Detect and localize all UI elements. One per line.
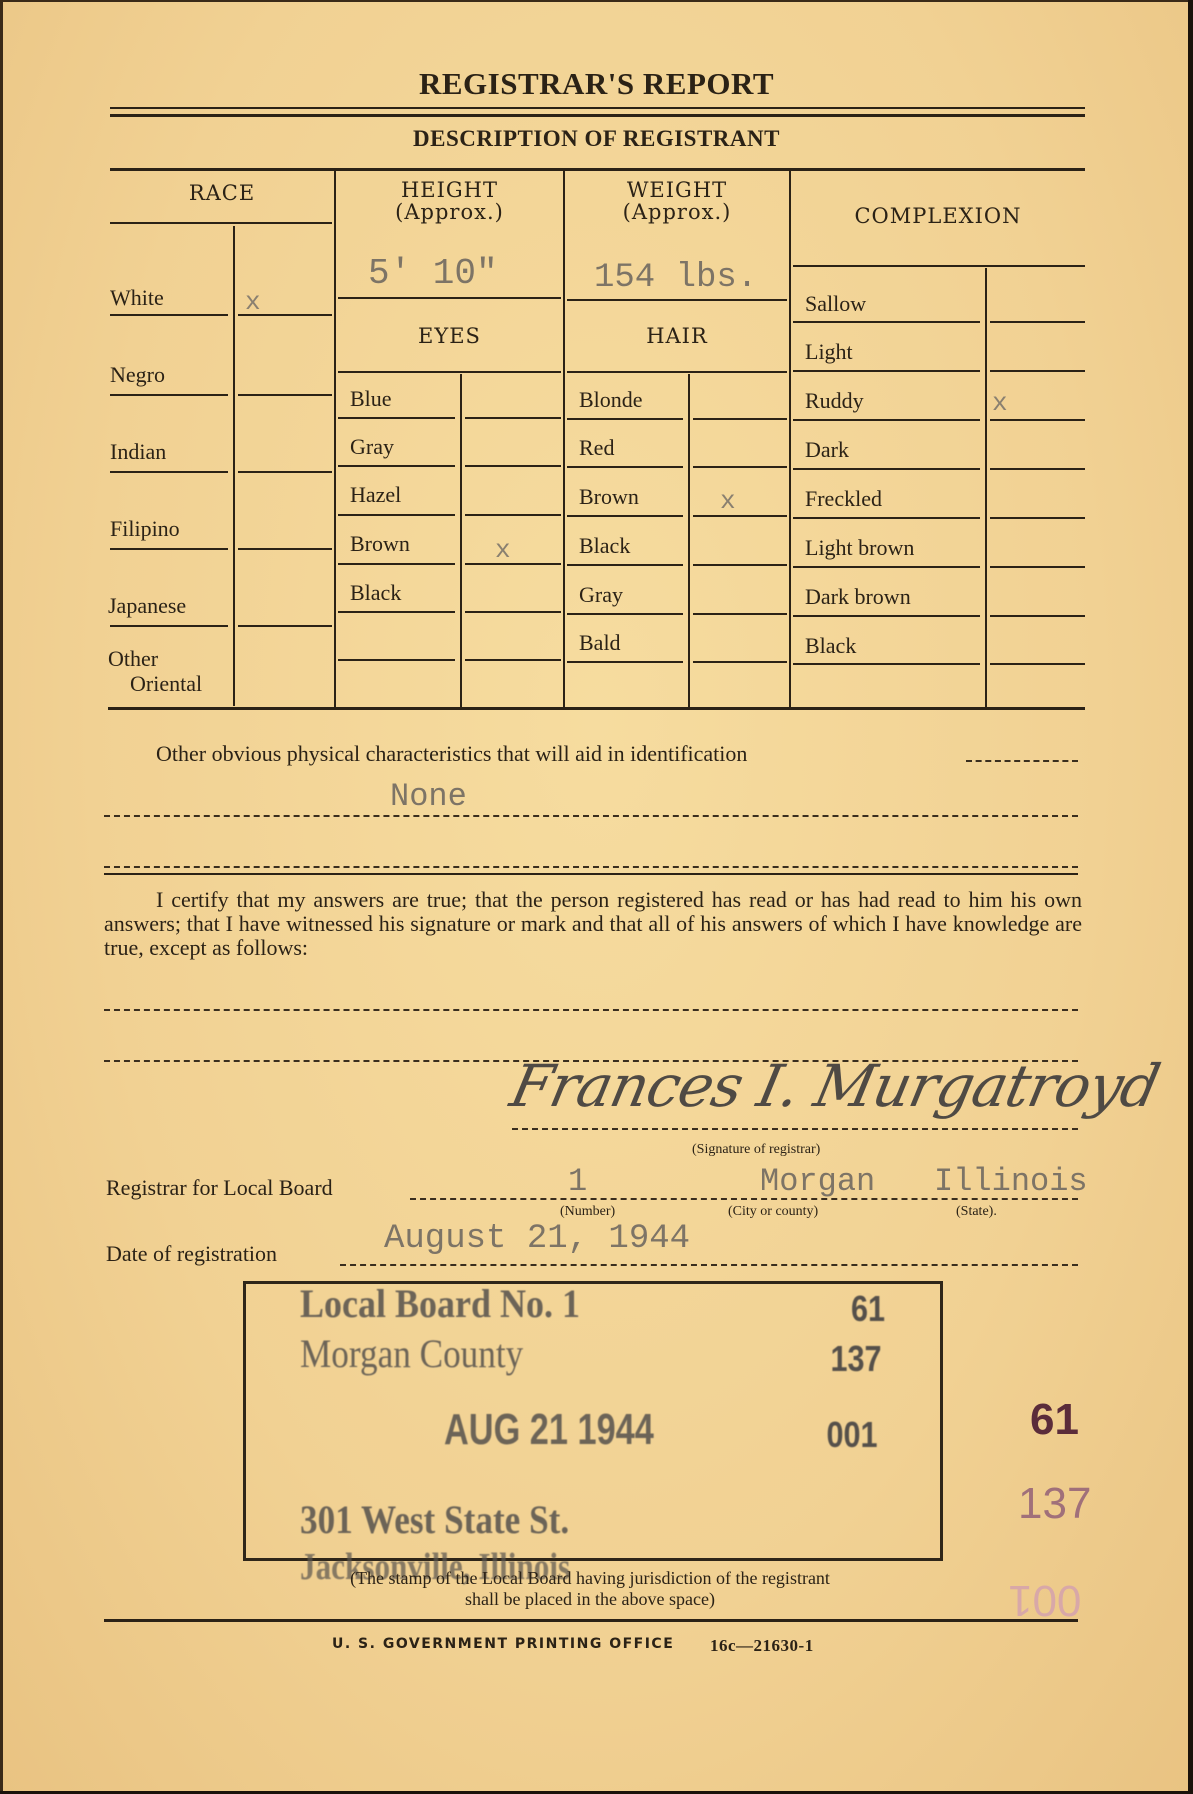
race-mark-rule bbox=[238, 625, 332, 627]
stamp-instruction-line2: shall be placed in the above space) bbox=[200, 1589, 980, 1610]
complexion-freckled-label: Freckled bbox=[805, 488, 882, 510]
eyes-row-rule bbox=[338, 514, 455, 516]
eyes-header-rule bbox=[338, 371, 561, 373]
table-bottom-rule bbox=[108, 707, 1085, 710]
characteristics-dash-1 bbox=[966, 760, 1078, 762]
title-rule-top bbox=[110, 107, 1085, 109]
weight-header-title: WEIGHT bbox=[565, 179, 789, 201]
complexion-sallow-label: Sallow bbox=[805, 293, 866, 315]
footer-rule bbox=[104, 1619, 1078, 1622]
local-board-state-caption: (State). bbox=[956, 1204, 997, 1220]
race-mark-rule bbox=[238, 471, 332, 473]
registration-date-line bbox=[340, 1264, 1078, 1266]
local-board-number[interactable]: 1 bbox=[568, 1166, 587, 1198]
height-header: HEIGHT (Approx.) bbox=[336, 179, 563, 223]
hair-mark-rule bbox=[693, 661, 787, 663]
complexion-mark-rule bbox=[990, 419, 1085, 421]
height-header-sub: (Approx.) bbox=[336, 201, 563, 223]
hair-gray-label: Gray bbox=[579, 584, 623, 606]
race-header: RACE bbox=[110, 182, 334, 204]
height-rule bbox=[338, 297, 561, 299]
race-header-rule bbox=[110, 222, 332, 224]
printer-credit: U. S. GOVERNMENT PRINTING OFFICE bbox=[332, 1636, 674, 1652]
margin-number-2: 137 bbox=[1018, 1482, 1091, 1526]
eyes-mark-divider bbox=[460, 374, 462, 707]
complexion-row-rule bbox=[793, 419, 980, 421]
eyes-mark-rule bbox=[465, 611, 561, 613]
complexion-mark-rule bbox=[990, 321, 1085, 323]
margin-number-1: 61 bbox=[1030, 1398, 1079, 1442]
hair-red-label: Red bbox=[579, 437, 614, 459]
eyes-mark-rule bbox=[465, 465, 561, 467]
stamp-line-county: Morgan County bbox=[300, 1334, 523, 1374]
hair-row-rule bbox=[567, 613, 683, 615]
eyes-row-rule bbox=[338, 465, 455, 467]
hair-mark-rule bbox=[693, 564, 787, 566]
signature-caption: (Signature of registrar) bbox=[692, 1142, 820, 1158]
stamp-number-1: 61 bbox=[851, 1288, 885, 1330]
eyes-mark-rule bbox=[465, 514, 561, 516]
hair-row-rule bbox=[567, 661, 683, 663]
complexion-ruddy-mark[interactable]: x bbox=[992, 390, 1008, 416]
stamp-number-3: 001 bbox=[827, 1414, 878, 1456]
complexion-mark-divider bbox=[985, 268, 987, 708]
stamp-line-board: Local Board No. 1 bbox=[300, 1284, 580, 1324]
hair-bald-label: Bald bbox=[579, 632, 621, 654]
complexion-light-label: Light bbox=[805, 341, 853, 363]
complexion-dark-label: Dark bbox=[805, 439, 849, 461]
signature-line bbox=[512, 1128, 1078, 1130]
race-row-rule bbox=[110, 314, 228, 316]
page-edge-left bbox=[0, 0, 3, 1794]
race-mark-rule bbox=[238, 548, 332, 550]
height-header-title: HEIGHT bbox=[336, 179, 563, 201]
complexion-row-rule bbox=[793, 468, 980, 470]
eyes-header: EYES bbox=[336, 325, 563, 347]
margin-number-3: 001 bbox=[1008, 1578, 1081, 1622]
eyes-row-rule bbox=[338, 611, 455, 613]
col-divider-weight bbox=[789, 171, 791, 709]
race-mark-rule bbox=[238, 314, 332, 316]
eyes-mark-rule bbox=[465, 417, 561, 419]
complexion-black-label: Black bbox=[805, 635, 856, 657]
section-title: DESCRIPTION OF REGISTRANT bbox=[0, 126, 1193, 152]
weight-header-sub: (Approx.) bbox=[565, 201, 789, 223]
complexion-mark-rule bbox=[990, 468, 1085, 470]
hair-mark-rule bbox=[693, 515, 787, 517]
complexion-mark-rule bbox=[990, 517, 1085, 519]
characteristics-value[interactable]: None bbox=[390, 781, 467, 813]
local-board-label: Registrar for Local Board bbox=[106, 1176, 333, 1200]
hair-mark-rule bbox=[693, 613, 787, 615]
race-row-rule bbox=[110, 548, 228, 550]
complexion-mark-rule bbox=[990, 615, 1085, 617]
complexion-dark-brown-label: Dark brown bbox=[805, 586, 911, 608]
race-mark-divider bbox=[233, 226, 235, 706]
local-board-county[interactable]: Morgan bbox=[760, 1166, 875, 1198]
complexion-row-rule bbox=[793, 517, 980, 519]
eyes-mark-rule bbox=[465, 563, 561, 565]
stamp-instruction-line1: (The stamp of the Local Board having jur… bbox=[200, 1568, 980, 1589]
complexion-ruddy-label: Ruddy bbox=[805, 390, 864, 412]
race-japanese-label: Japanese bbox=[108, 595, 186, 617]
eyes-gray-label: Gray bbox=[350, 436, 394, 458]
title-rule-bottom bbox=[110, 114, 1085, 117]
weight-header: WEIGHT (Approx.) bbox=[565, 179, 789, 223]
complexion-row-rule bbox=[793, 615, 980, 617]
stamp-line-address: 301 West State St. bbox=[300, 1500, 569, 1540]
hair-header: HAIR bbox=[565, 325, 789, 347]
characteristics-prompt: Other obvious physical characteristics t… bbox=[156, 742, 747, 766]
characteristics-rule bbox=[104, 873, 1078, 875]
page-title: REGISTRAR'S REPORT bbox=[0, 66, 1193, 102]
exceptions-line-1 bbox=[104, 1009, 1078, 1011]
hair-mark-rule bbox=[693, 466, 787, 468]
weight-value[interactable]: 154 lbs. bbox=[594, 261, 757, 295]
hair-black-label: Black bbox=[579, 535, 630, 557]
registrar-signature[interactable]: Frances I. Murgatroyd bbox=[505, 1052, 1165, 1120]
complexion-header-rule bbox=[793, 265, 1085, 267]
complexion-row-rule bbox=[793, 663, 980, 665]
race-mark-rule bbox=[238, 394, 332, 396]
hair-blonde-label: Blonde bbox=[579, 389, 643, 411]
hair-row-rule bbox=[567, 564, 683, 566]
race-row-rule bbox=[110, 471, 228, 473]
hair-mark-divider bbox=[688, 374, 690, 707]
complexion-row-rule bbox=[793, 566, 980, 568]
eyes-brown-mark[interactable]: x bbox=[495, 537, 511, 563]
complexion-mark-rule bbox=[990, 663, 1085, 665]
race-row-rule bbox=[110, 625, 228, 627]
complexion-light-brown-label: Light brown bbox=[805, 537, 914, 559]
hair-row-rule bbox=[567, 515, 683, 517]
local-board-county-caption: (City or county) bbox=[728, 1204, 818, 1220]
complexion-row-rule bbox=[793, 321, 980, 323]
table-top-rule bbox=[110, 168, 1085, 171]
race-row-rule bbox=[110, 394, 228, 396]
race-filipino-label: Filipino bbox=[110, 518, 180, 540]
page-edge-top bbox=[0, 0, 1193, 2]
complexion-mark-rule bbox=[990, 370, 1085, 372]
registration-date-label: Date of registration bbox=[106, 1242, 277, 1266]
hair-brown-mark[interactable]: x bbox=[720, 488, 736, 514]
local-board-number-caption: (Number) bbox=[560, 1204, 615, 1220]
eyes-row-rule bbox=[338, 659, 455, 661]
form-code: 16c—21630-1 bbox=[710, 1636, 814, 1656]
certification-text: I certify that my answers are true; that… bbox=[104, 888, 1082, 960]
registration-date-value[interactable]: August 21, 1944 bbox=[384, 1222, 690, 1256]
hair-row-rule bbox=[567, 418, 683, 420]
race-white-label: White bbox=[110, 287, 164, 309]
complexion-header: COMPLEXION bbox=[791, 205, 1085, 227]
eyes-hazel-label: Hazel bbox=[350, 484, 401, 506]
height-value[interactable]: 5' 10" bbox=[368, 256, 498, 292]
eyes-blue-label: Blue bbox=[350, 388, 392, 410]
complexion-row-rule bbox=[793, 370, 980, 372]
local-board-state[interactable]: Illinois bbox=[934, 1166, 1088, 1198]
complexion-mark-rule bbox=[990, 566, 1085, 568]
eyes-black-label: Black bbox=[350, 582, 401, 604]
race-other-label-line2: Oriental bbox=[130, 673, 202, 695]
eyes-row-rule bbox=[338, 417, 455, 419]
race-negro-label: Negro bbox=[110, 364, 165, 386]
col-divider-race bbox=[334, 171, 336, 709]
stamp-line-date: AUG 21 1944 bbox=[444, 1408, 654, 1452]
page-edge-right bbox=[1188, 0, 1193, 1794]
race-white-mark[interactable]: x bbox=[245, 289, 261, 315]
weight-rule bbox=[567, 299, 787, 301]
stamp-instruction: (The stamp of the Local Board having jur… bbox=[200, 1568, 980, 1610]
col-divider-height bbox=[563, 171, 565, 709]
eyes-mark-rule bbox=[465, 659, 561, 661]
stamp-number-2: 137 bbox=[831, 1338, 882, 1380]
eyes-brown-label: Brown bbox=[350, 533, 410, 555]
race-indian-label: Indian bbox=[110, 441, 166, 463]
hair-header-rule bbox=[567, 371, 787, 373]
characteristics-line-3 bbox=[104, 866, 1078, 868]
hair-row-rule bbox=[567, 466, 683, 468]
hair-brown-label: Brown bbox=[579, 486, 639, 508]
characteristics-line-2 bbox=[104, 815, 1078, 817]
eyes-row-rule bbox=[338, 563, 455, 565]
race-other-label-line1: Other bbox=[108, 648, 158, 670]
hair-mark-rule bbox=[693, 418, 787, 420]
